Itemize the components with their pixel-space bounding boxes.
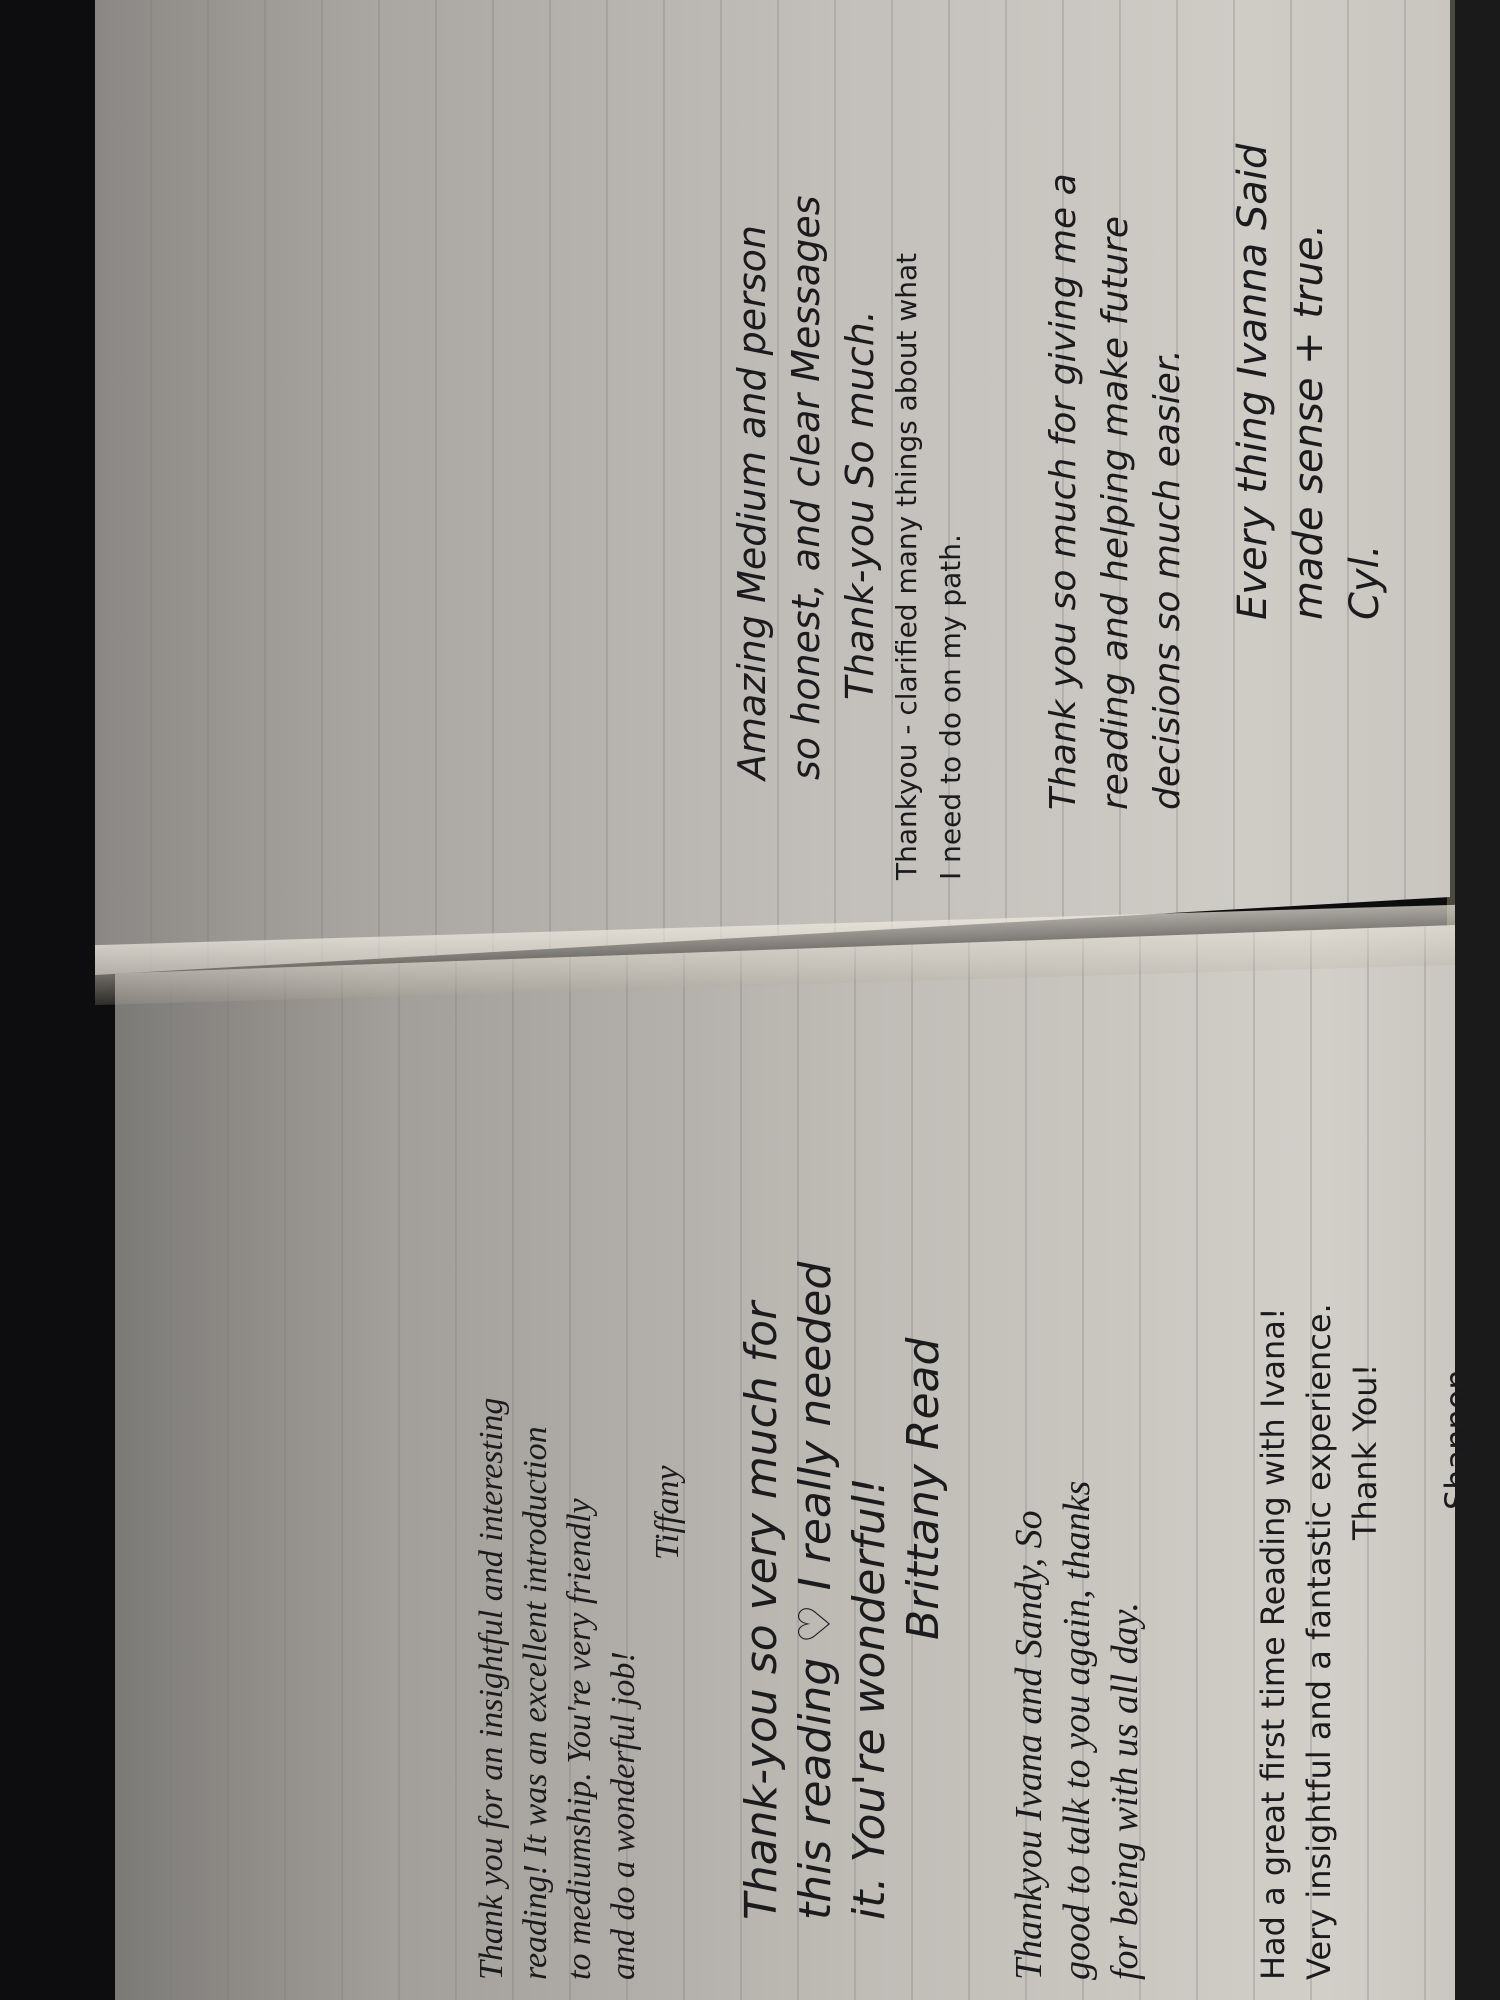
entry-line: I need to do on my path. <box>934 534 967 880</box>
entry-line: Cyl. <box>1342 545 1388 620</box>
entry-clarified: Thankyou - clarified many things about w… <box>885 253 973 880</box>
entry-line: for being with us all day. <box>1104 1602 1146 1980</box>
entry-line: and do a wonderful job! <box>605 1651 642 1980</box>
entry-amazing-medium: Amazing Medium and person so honest, and… <box>725 195 887 780</box>
entry-line: Every thing Ivanna Said <box>1230 144 1276 620</box>
entry-line: good to talk to you again, thanks <box>1056 1481 1098 1980</box>
entry-line: Had a great first time Reading with Ivan… <box>1254 1307 1292 1980</box>
entry-line: it. You're wonderful! <box>844 1477 895 1920</box>
entry-everything-said: Every thing Ivanna Said made sense + tru… <box>1225 144 1393 620</box>
entry-line: Amazing Medium and person <box>730 225 774 780</box>
entry-line: reading and helping make future <box>1095 216 1136 810</box>
signature: Shannon. <box>1434 1303 1480 1980</box>
entry-line: decisions so much easier. <box>1147 349 1188 810</box>
entry-line: Thank you so much for giving me a <box>1043 173 1084 810</box>
entry-line: made sense + true. <box>1286 224 1332 620</box>
entry-line: Thank-you so very much for <box>736 1302 787 1920</box>
signature: Brittany Read <box>897 1262 951 1920</box>
entry-line: Thank-you So much. <box>833 195 887 780</box>
entry-shannon: Had a great first time Reading with Ivan… <box>1250 1303 1480 1980</box>
entry-line: Very insightful and a fantastic experien… <box>1300 1303 1338 1980</box>
signature: Tiffany <box>646 1398 690 1980</box>
entry-line: Thankyou - clarified many things about w… <box>890 253 923 880</box>
entry-line: this reading ♡ I really needed <box>790 1262 841 1920</box>
entry-line: Thank You! <box>1342 1303 1388 1980</box>
entry-future-decisions: Thank you so much for giving me a readin… <box>1038 173 1194 810</box>
entry-tiffany: Thank you for an insightful and interest… <box>470 1398 690 1980</box>
entry-line: reading! It was an excellent introductio… <box>517 1426 554 1980</box>
entry-ivana-sandy: Thankyou Ivana and Sandy, So good to tal… <box>1005 1481 1149 1980</box>
entry-line: to mediumship. You're very friendly <box>561 1498 598 1980</box>
entry-line: so honest, and clear Messages <box>784 195 828 780</box>
entry-line: Thank you for an insightful and interest… <box>473 1398 510 1980</box>
entry-brittany: Thank-you so very much for this reading … <box>735 1262 951 1920</box>
entry-line: Thankyou Ivana and Sandy, So <box>1008 1510 1050 1980</box>
